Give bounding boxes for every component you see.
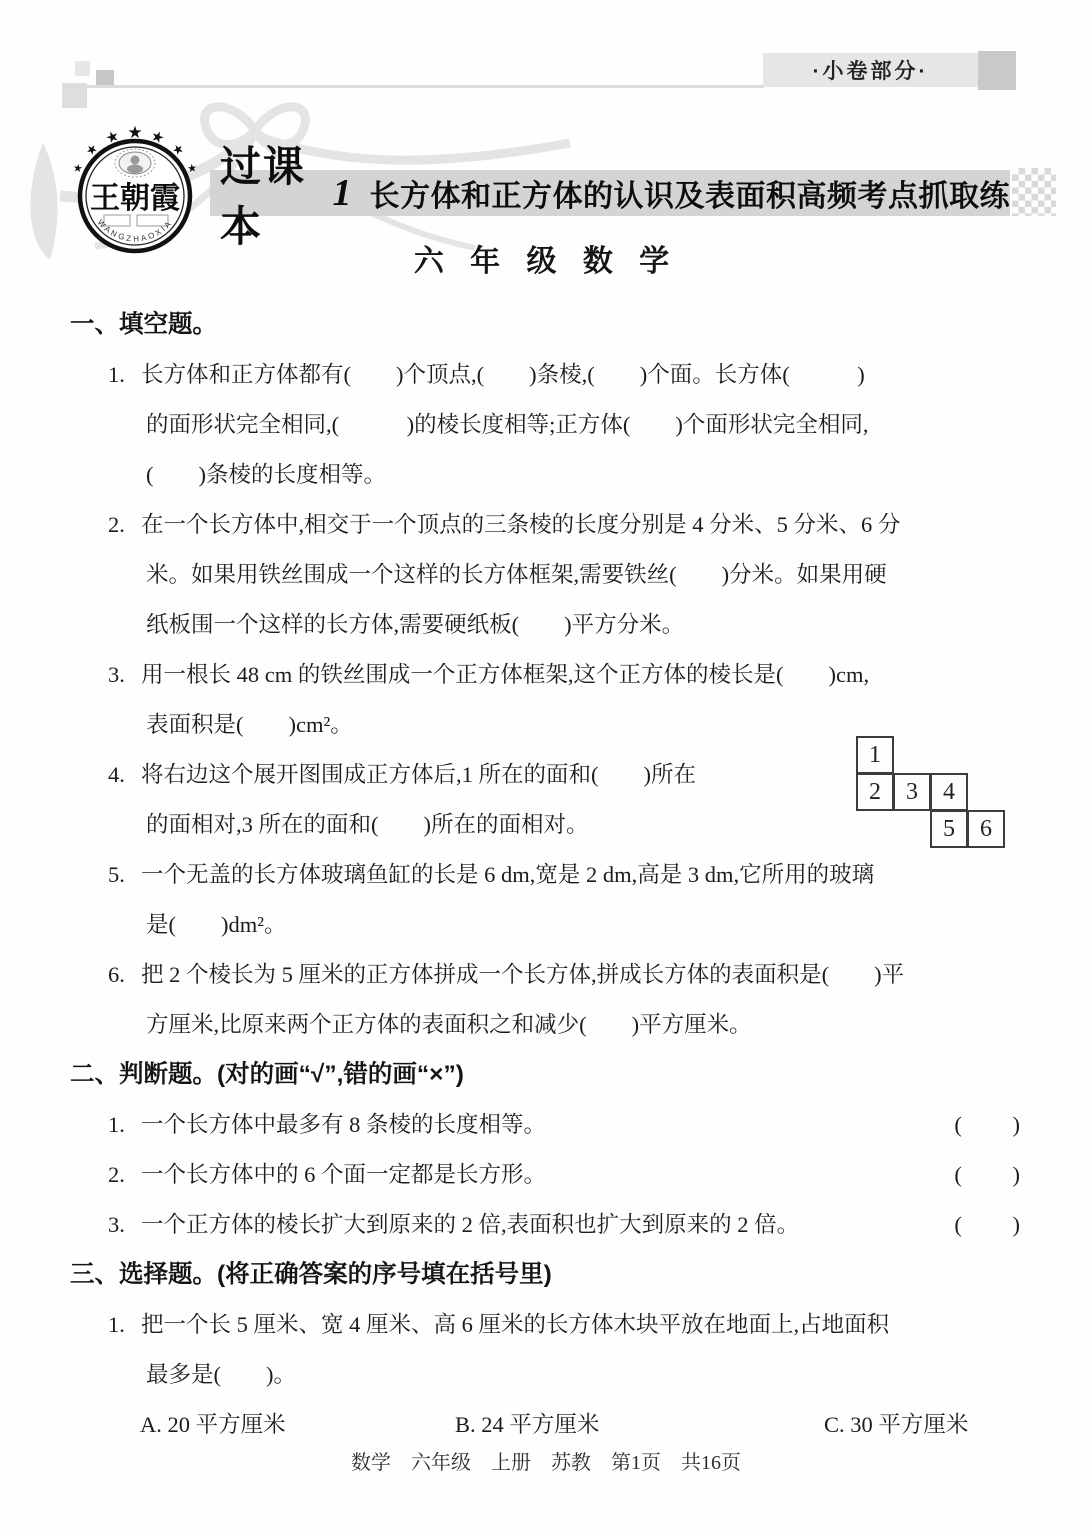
question-text: 最多是( )。 [70,1350,1020,1400]
net-cell: 3 [893,773,931,811]
question-number: 1. [108,350,141,400]
question-number: 2. [108,1150,141,1200]
option-b: B. 24 平方厘米 [455,1400,599,1450]
question-text: 一个无盖的长方体玻璃鱼缸的长是 6 dm,宽是 2 dm,高是 3 dm,它所用… [141,862,874,887]
question-text: 纸板围一个这样的长方体,需要硬纸板( )平方分米。 [70,600,1020,650]
decor-square [978,51,1016,90]
question-row: 1.长方体和正方体都有( )个顶点,( )条棱,( )个面。长方体( ) [70,350,1020,400]
question-text: 米。如果用铁丝围成一个这样的长方体框架,需要铁丝( )分米。如果用硬 [70,550,1020,600]
question-text: 方厘米,比原来两个正方体的表面积之和减少( )平方厘米。 [70,1000,1020,1050]
question-number: 3. [108,1200,141,1250]
question-text: 长方体和正方体都有( )个顶点,( )条棱,( )个面。长方体( ) [141,362,865,387]
title-number: 1 [333,171,352,215]
worksheet-body: 一、填空题。 1.长方体和正方体都有( )个顶点,( )条棱,( )个面。长方体… [70,300,1020,1450]
answer-bracket: ( ) [954,1100,1020,1150]
answer-bracket: ( ) [954,1200,1020,1250]
portrait-icon [131,156,140,165]
answer-bracket: ( ) [954,1150,1020,1200]
net-cell: 5 [930,810,968,848]
question-number: 2. [108,500,141,550]
net-cell: 2 [856,773,894,811]
section-corner-label: ·小卷部分· [763,53,978,87]
question-text: 一个正方体的棱长扩大到原来的 2 倍,表面积也扩大到原来的 2 倍。 [141,1200,799,1250]
question-text: 把一个长 5 厘米、宽 4 厘米、高 6 厘米的长方体木块平放在地面上,占地面积 [141,1312,889,1337]
page-footer: 数学 六年级 上册 苏教 第1页 共16页 [0,1446,1092,1475]
page-title: 长方体和正方体的认识及表面积高频考点抓取练 [370,171,1011,215]
section-heading-true-false: 二、判断题。(对的画“√”,错的画“×”) [70,1050,1020,1100]
question-number: 3. [108,650,141,700]
net-cell: 1 [856,736,894,774]
question-row: 1.一个长方体中最多有 8 条棱的长度相等。( ) [70,1100,1020,1150]
section-heading-multiple-choice: 三、选择题。(将正确答案的序号填在括号里) [70,1250,1020,1300]
question-text: 一个长方体中的 6 个面一定都是长方形。 [141,1150,546,1200]
option-a: A. 20 平方厘米 [140,1400,286,1450]
section-heading-fill-blanks: 一、填空题。 [70,300,1020,350]
net-cell: 6 [967,810,1005,848]
option-c: C. 30 平方厘米 [824,1400,968,1450]
question-text: 把 2 个棱长为 5 厘米的正方体拼成一个长方体,拼成长方体的表面积是( )平 [141,962,904,987]
question-number: 1. [108,1300,141,1350]
question-text: 一个长方体中最多有 8 条棱的长度相等。 [141,1100,546,1150]
question-row: 3.用一根长 48 cm 的铁丝围成一个正方体框架,这个正方体的棱长是( )cm… [70,650,1020,700]
question-text: 的面形状完全相同,( )的棱长度相等;正方体( )个面形状完全相同, [70,400,1020,450]
question-row: 2.在一个长方体中,相交于一个顶点的三条棱的长度分别是 4 分米、5 分米、6 … [70,500,1020,550]
question-number: 4. [108,750,141,800]
question-number: 5. [108,850,141,900]
question-row: 2.一个长方体中的 6 个面一定都是长方形。( ) [70,1150,1020,1200]
cube-net-figure: 1 2 3 4 5 6 [856,736,1006,849]
question-text: 用一根长 48 cm 的铁丝围成一个正方体框架,这个正方体的棱长是( )cm, [141,662,869,687]
question-row: 1.把一个长 5 厘米、宽 4 厘米、高 6 厘米的长方体木块平放在地面上,占地… [70,1300,1020,1350]
question-row: 3.一个正方体的棱长扩大到原来的 2 倍,表面积也扩大到原来的 2 倍。( ) [70,1200,1020,1250]
title-band: 过课本 1 长方体和正方体的认识及表面积高频考点抓取练 [210,170,1010,216]
page-subtitle: 六 年 级 数 学 [62,236,1030,280]
worksheet-page: ·小卷部分· ★ ★ ★ ★ ★ ★ ★ 王朝霞 [0,0,1092,1535]
options-row: A. 20 平方厘米 B. 24 平方厘米 C. 30 平方厘米 [70,1400,1020,1450]
net-cell: 4 [930,773,968,811]
question-number: 1. [108,1100,141,1150]
question-row: 6.把 2 个棱长为 5 厘米的正方体拼成一个长方体,拼成长方体的表面积是( )… [70,950,1020,1000]
halftone-dots-icon [1012,168,1056,216]
decor-square [75,61,90,76]
question-text: ( )条棱的长度相等。 [70,450,1020,500]
question-row: 5.一个无盖的长方体玻璃鱼缸的长是 6 dm,宽是 2 dm,高是 3 dm,它… [70,850,1020,900]
question-text: 将右边这个展开图围成正方体后,1 所在的面和( )所在 [141,762,696,787]
brand-name: 王朝霞 [90,182,180,215]
question-text: 在一个长方体中,相交于一个顶点的三条棱的长度分别是 4 分米、5 分米、6 分 [141,512,900,537]
question-text: 是( )dm²。 [70,900,1020,950]
question-number: 6. [108,950,141,1000]
